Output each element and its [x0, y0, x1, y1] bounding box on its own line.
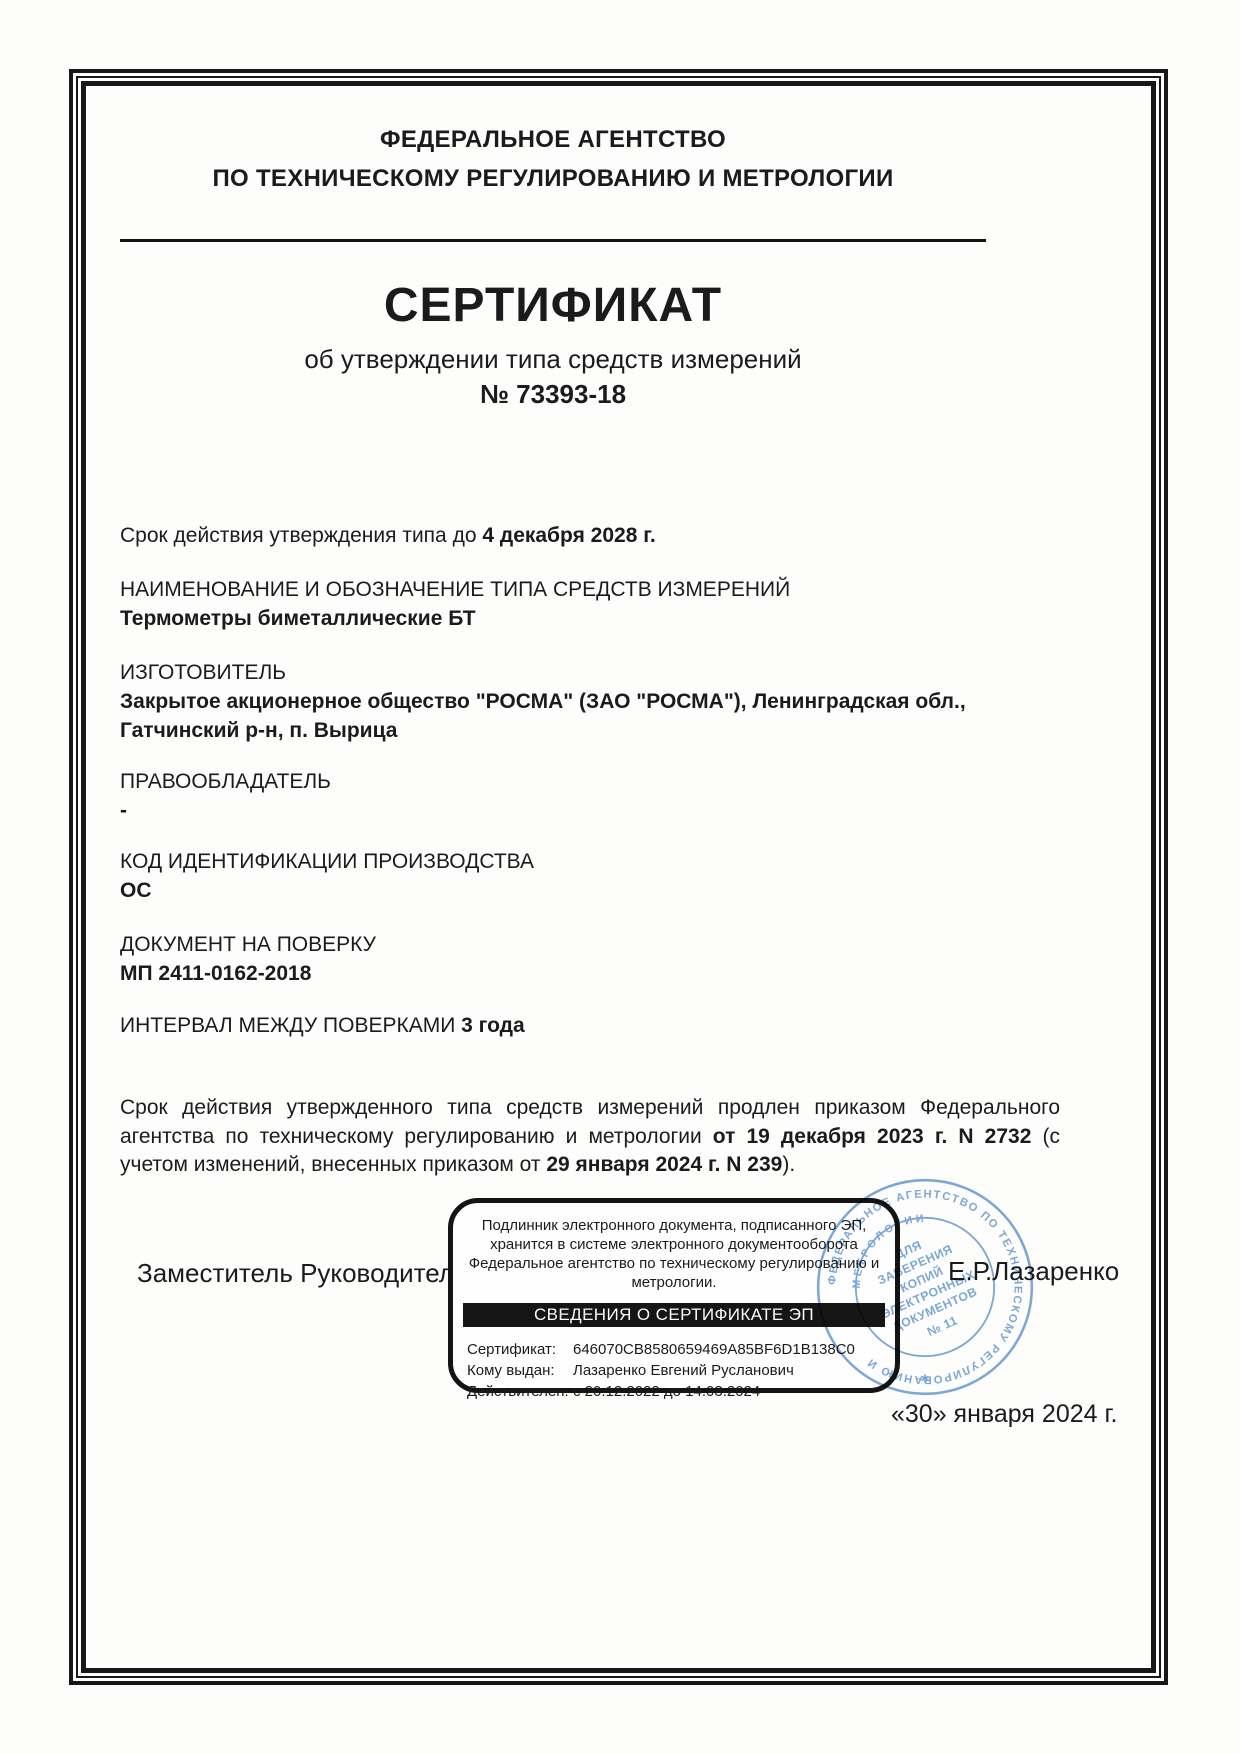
- field-label: КОД ИДЕНТИФИКАЦИИ ПРОИЗВОДСТВА: [120, 848, 1100, 876]
- interval-prefix: ИНТЕРВАЛ МЕЖДУ ПОВЕРКАМИ: [120, 1014, 461, 1037]
- certificate-page: ФЕДЕРАЛЬНОЕ АГЕНТСТВО ПО ТЕХНИЧЕСКОМУ РЕ…: [0, 0, 1240, 1754]
- certificate-title: СЕРТИФИКАТ: [120, 278, 986, 333]
- field-value: Закрытое акционерное общество "РОСМА" (З…: [120, 687, 1025, 745]
- esign-valid-value: с 20.12.2022 до 14.03.2024: [573, 1383, 760, 1400]
- prolongation-text: ).: [782, 1153, 795, 1176]
- field-rightholder: ПРАВООБЛАДАТЕЛЬ -: [120, 768, 1100, 825]
- agency-header: ФЕДЕРАЛЬНОЕ АГЕНТСТВО ПО ТЕХНИЧЕСКОМУ РЕ…: [120, 120, 986, 198]
- issue-date: «30» января 2024 г.: [891, 1400, 1118, 1429]
- prolongation-order-1: от 19 декабря 2023 г. N 2732: [713, 1125, 1032, 1148]
- field-manufacturer: ИЗГОТОВИТЕЛЬ Закрытое акционерное общест…: [120, 659, 1100, 745]
- signatory-position: Заместитель Руководителя: [137, 1258, 468, 1289]
- field-verification-document: ДОКУМЕНТ НА ПОВЕРКУ МП 2411-0162-2018: [120, 931, 1100, 988]
- field-label: ИЗГОТОВИТЕЛЬ: [120, 659, 1100, 687]
- esign-cert-label: Сертификат:: [467, 1339, 573, 1360]
- certificate-subtitle: об утверждении типа средств измерений: [120, 344, 986, 375]
- stamp-star-icon: ✱: [920, 1374, 929, 1386]
- validity-line: Срок действия утверждения типа до 4 дека…: [120, 522, 1100, 550]
- validity-date: 4 декабря 2028 г.: [482, 524, 655, 547]
- field-label: ПРАВООБЛАДАТЕЛЬ: [120, 768, 1100, 796]
- header-divider: [120, 239, 986, 242]
- agency-stamp: ФЕДЕРАЛЬНОЕ АГЕНТСТВО ПО ТЕХНИЧЕСКОМУ РЕ…: [808, 1170, 1042, 1404]
- field-name-designation: НАИМЕНОВАНИЕ И ОБОЗНАЧЕНИЕ ТИПА СРЕДСТВ …: [120, 576, 1100, 633]
- field-value: -: [120, 796, 1100, 825]
- field-label: ДОКУМЕНТ НА ПОВЕРКУ: [120, 931, 1100, 959]
- validity-prefix: Срок действия утверждения типа до: [120, 524, 482, 547]
- certificate-number: № 73393-18: [120, 379, 986, 410]
- interval-line: ИНТЕРВАЛ МЕЖДУ ПОВЕРКАМИ 3 года: [120, 1012, 1100, 1040]
- field-value: ОС: [120, 876, 1100, 905]
- field-value: МП 2411-0162-2018: [120, 959, 1100, 988]
- field-value: Термометры биметаллические БТ: [120, 604, 1100, 633]
- esign-issued-label: Кому выдан:: [467, 1360, 573, 1381]
- agency-header-line1: ФЕДЕРАЛЬНОЕ АГЕНТСТВО: [120, 120, 986, 159]
- esign-valid-label: Действителен:: [467, 1381, 573, 1402]
- field-production-code: КОД ИДЕНТИФИКАЦИИ ПРОИЗВОДСТВА ОС: [120, 848, 1100, 905]
- esign-issued-value: Лазаренко Евгений Русланович: [573, 1362, 794, 1379]
- field-label: НАИМЕНОВАНИЕ И ОБОЗНАЧЕНИЕ ТИПА СРЕДСТВ …: [120, 576, 1100, 604]
- agency-header-line2: ПО ТЕХНИЧЕСКОМУ РЕГУЛИРОВАНИЮ И МЕТРОЛОГ…: [120, 159, 986, 198]
- stamp-outer-circle: [818, 1180, 1032, 1394]
- prolongation-paragraph: Срок действия утвержденного типа средств…: [120, 1094, 1060, 1180]
- interval-value: 3 года: [461, 1014, 525, 1037]
- prolongation-order-2: 29 января 2024 г. N 239: [546, 1153, 782, 1176]
